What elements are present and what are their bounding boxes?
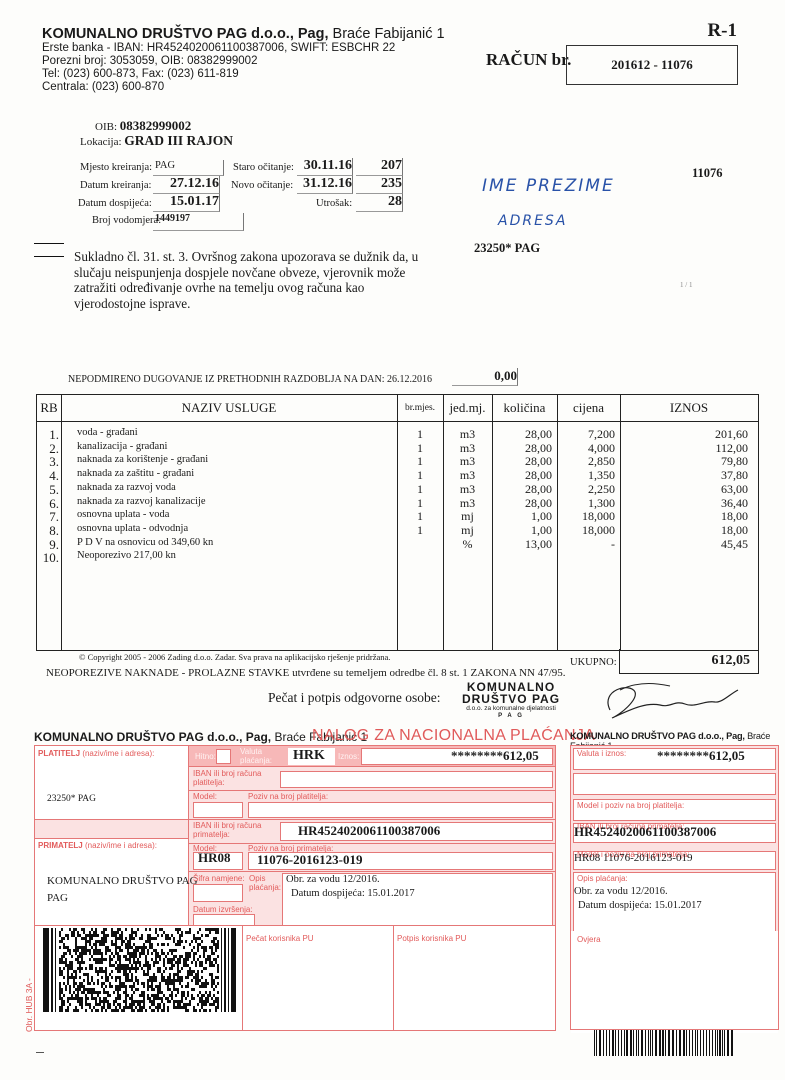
- signature-field-label: Potpis korisnika PU: [397, 934, 466, 943]
- table-row: 1.voda - građani1m328,007,200201,60: [37, 427, 758, 441]
- currency-value: HRK: [293, 748, 325, 764]
- cell-name: kanalizacija - građani: [77, 441, 377, 452]
- header-amount: IZNOS: [620, 395, 758, 421]
- description-line: Datum dospijeća: 15.01.2017: [291, 888, 415, 899]
- receipt-description-label: Opis plaćanja:: [577, 874, 628, 883]
- payer-iban-field[interactable]: [280, 771, 553, 788]
- payee-ref-value: 11076-2016123-019: [257, 852, 362, 868]
- cell-rb: 10.: [37, 550, 59, 566]
- customer-postal: 23250* PAG: [474, 241, 540, 256]
- table-row: 4.naknada za zaštitu - građani1m328,001,…: [37, 468, 758, 482]
- payer-model-label: Model:: [193, 792, 217, 801]
- slip-bottom: Pečat korisnika PU Potpis korisnika PU: [34, 925, 556, 1031]
- amount-value: ********612,05: [451, 748, 539, 764]
- company-phone-line: Tel: (023) 600-873, Fax: (023) 611-819: [42, 68, 445, 81]
- date-created-value: 27.12.16: [153, 176, 220, 194]
- amount-label: Iznos:: [338, 752, 359, 761]
- meter-number: 1449197: [153, 213, 244, 231]
- location-label: Lokacija:: [80, 136, 122, 148]
- currency-label: Valuta plaćanja:: [240, 747, 286, 765]
- receipt-slip: Valuta i iznos: ********612,05 Model i p…: [570, 745, 779, 947]
- company-address: Braće Fabijanić 1: [333, 26, 445, 42]
- new-reading-label: Novo očitanje:: [231, 180, 293, 191]
- old-reading-date: 30.11.16: [297, 158, 353, 176]
- cell-name: naknada za razvoj kanalizacije: [77, 496, 377, 507]
- receipt-payee-iban-value: HR4524020061100387006: [574, 824, 716, 840]
- cell-name: osnovna uplata - voda: [77, 509, 377, 520]
- payee-label: PRIMATELJ: [38, 841, 83, 850]
- payment-slip: PLATITELJ (naziv/ime i adresa): 23250* P…: [34, 745, 556, 927]
- cell-name: naknada za zaštitu - građani: [77, 468, 377, 479]
- table-row: 3.naknada za korištenje - građani1m328,0…: [37, 454, 758, 468]
- table-row: 8.osnovna uplata - odvodnja1mj1,0018,000…: [37, 523, 758, 537]
- receipt-description-line: Datum dospijeća: 15.01.2017: [578, 900, 702, 911]
- urgent-label: Hitno:: [195, 752, 216, 761]
- cell-name: naknada za korištenje - građani: [77, 454, 377, 465]
- cell-name: P D V na osnovicu od 349,60 kn: [77, 537, 377, 548]
- header-rb: RB: [37, 395, 61, 421]
- form-code: R-1: [707, 20, 737, 42]
- header-service: NAZIV USLUGE: [61, 395, 397, 421]
- payer-iban-label: IBAN ili broj računa platitelja:: [193, 769, 278, 787]
- table-row: 9.P D V na osnovicu od 349,60 kn%13,00-4…: [37, 537, 758, 551]
- page-indicator: 1 / 1: [680, 281, 692, 289]
- signature: [590, 680, 740, 722]
- cell-name: voda - građani: [77, 427, 377, 438]
- receipt-description-line: Obr. za vodu 12/2016.: [574, 886, 668, 897]
- old-reading-value: 207: [356, 158, 403, 176]
- enforcement-notice: Sukladno čl. 31. st. 3. Ovršnog zakona u…: [74, 249, 434, 311]
- company-stamp: KOMUNALNO DRUŠTVO PAG d.o.o. za komunaln…: [452, 681, 570, 720]
- consumption-value: 28: [356, 194, 403, 212]
- receipt-payer-ref-label: Model i poziv na broj platitelja:: [577, 801, 684, 810]
- payee-label-suffix: (naziv/ime i adresa):: [85, 841, 157, 850]
- stamp-field-label: Pečat korisnika PU: [246, 934, 314, 943]
- invoice-label: RAČUN br.: [486, 50, 571, 70]
- slip-company-name: KOMUNALNO DRUŠTVO PAG d.o.o., Pag,: [34, 730, 271, 744]
- header-quantity: količina: [492, 395, 557, 421]
- payer-ref-label: Poziv na broj platitelja:: [248, 792, 328, 801]
- company-header: KOMUNALNO DRUŠTVO PAG d.o.o., Pag, Braće…: [42, 26, 445, 94]
- linear-barcode: [594, 1030, 736, 1056]
- header-months: br.mjes.: [397, 395, 443, 421]
- due-date-label: Datum dospijeća:: [78, 198, 152, 209]
- stamp-line: d.o.o. za komunalne djelatnosti: [452, 705, 570, 713]
- table-header: RB NAZIV USLUGE br.mjes. jed.mj. količin…: [37, 395, 758, 422]
- receipt-company-name: KOMUNALNO DRUŠTVO PAG d.o.o., Pag,: [570, 731, 745, 741]
- fold-mark: [36, 1052, 44, 1053]
- date-created-label: Datum kreiranja:: [80, 180, 151, 191]
- receipt-verification: Ovjera: [570, 931, 779, 1030]
- stamp-label: Pečat i potpis odgovorne osobe:: [268, 690, 440, 706]
- company-tax-line: Porezni broj: 3053059, OIB: 08382999002: [42, 55, 445, 68]
- payer-model-field[interactable]: [193, 802, 243, 818]
- table-row: 2.kanalizacija - građani1m328,004,000112…: [37, 441, 758, 455]
- meter-label: Broj vodomjera:: [92, 215, 161, 226]
- cell-name: osnovna uplata - odvodnja: [77, 523, 377, 534]
- location-row: Lokacija: GRAD III RAJON: [80, 133, 233, 149]
- new-reading-date: 31.12.16: [297, 176, 353, 194]
- company-bank-line: Erste banka - IBAN: HR452402006110038700…: [42, 42, 445, 55]
- payee-iban-value: HR4524020061100387006: [298, 823, 440, 839]
- table-row: 7.osnovna uplata - voda1mj1,0018,00018,0…: [37, 509, 758, 523]
- place-created-label: Mjesto kreiranja:: [80, 162, 152, 173]
- payer-postal: 23250* PAG: [47, 794, 96, 804]
- oib-label: OIB:: [95, 121, 117, 133]
- header-unit: jed.mj.: [443, 395, 492, 421]
- receipt-amount-label: Valuta i iznos:: [577, 749, 626, 758]
- items-table: RB NAZIV USLUGE br.mjes. jed.mj. količin…: [36, 394, 759, 651]
- company-name: KOMUNALNO DRUŠTVO PAG d.o.o., Pag,: [42, 26, 329, 42]
- company-switchboard-line: Centrala: (023) 600-870: [42, 81, 445, 94]
- previous-debt-label: NEPODMIRENO DUGOVANJE IZ PRETHODNIH RAZD…: [68, 374, 432, 385]
- stamp-line: DRUŠTVO PAG: [452, 693, 570, 705]
- payee-city: PAG: [47, 892, 68, 904]
- account-id: 11076: [692, 166, 723, 181]
- payee-name: KOMUNALNO DRUŠTVO PAG: [47, 875, 198, 887]
- payee-iban-label: IBAN ili broj računa primatelja:: [193, 821, 278, 839]
- place-created-value: PAG: [153, 160, 224, 176]
- customer-address-handwritten: ADRESA: [498, 213, 567, 229]
- cell-name: Neoporezivo 217,00 kn: [77, 550, 377, 561]
- consumption-label: Utrošak:: [316, 198, 352, 209]
- pdf417-barcode: [43, 928, 239, 1012]
- fold-mark: [34, 243, 64, 244]
- oib-row: OIB: 08382999002: [95, 118, 191, 134]
- previous-debt-value: 0,00: [452, 368, 518, 386]
- location-value: GRAD III RAJON: [124, 133, 233, 148]
- header-price: cijena: [557, 395, 620, 421]
- slip-title: NALOG ZA NACIONALNA PLAĆANJA: [312, 727, 595, 745]
- receipt-amount-value: ********612,05: [657, 748, 745, 764]
- verification-label: Ovjera: [577, 935, 601, 944]
- invoice-number: 201612 - 11076: [566, 45, 738, 85]
- table-row: 6.naknada za razvoj kanalizacije1m328,00…: [37, 496, 758, 510]
- purpose-code-field[interactable]: [193, 884, 243, 902]
- due-date-value: 15.01.17: [153, 194, 220, 212]
- purpose-code-label: Šifra namjene:: [193, 874, 245, 883]
- description-line: Obr. za vodu 12/2016.: [286, 874, 380, 885]
- customer-name-handwritten: IME PREZIME: [482, 176, 615, 196]
- payer-label-suffix: (naziv/ime i adresa):: [82, 749, 154, 758]
- table-row: 10.Neoporezivo 217,00 kn: [37, 550, 758, 564]
- old-reading-label: Staro očitanje:: [233, 162, 294, 173]
- stamp-line: P A G: [452, 713, 570, 720]
- execution-date-label: Datum izvršenja:: [193, 905, 253, 914]
- payer-ref-field[interactable]: [248, 802, 553, 818]
- cell-name: naknada za razvoj voda: [77, 482, 377, 493]
- urgent-checkbox[interactable]: [216, 749, 231, 764]
- oib-value: 08382999002: [120, 118, 192, 133]
- new-reading-value: 235: [356, 176, 403, 194]
- receipt-payer-field[interactable]: [573, 773, 776, 795]
- payer-label: PLATITELJ: [38, 749, 80, 758]
- fold-mark: [34, 256, 64, 257]
- copyright: © Copyright 2005 - 2006 Zading d.o.o. Za…: [79, 652, 390, 662]
- total-value: 612,05: [619, 649, 759, 674]
- table-row: 5.naknada za razvoj voda1m328,002,25063,…: [37, 482, 758, 496]
- description-label: Opis plaćanja:: [249, 874, 281, 892]
- payee-model-value: HR08: [198, 850, 231, 866]
- receipt-payee-ref-value: HR08 11076-2016123-019: [574, 852, 692, 864]
- slip-form-code: Obr. HUB 3A -: [24, 978, 34, 1032]
- footer-note: NEOPOREZIVE NAKNADE - PROLAZNE STAVKE ut…: [46, 667, 566, 679]
- total-label: UKUPNO:: [570, 657, 617, 668]
